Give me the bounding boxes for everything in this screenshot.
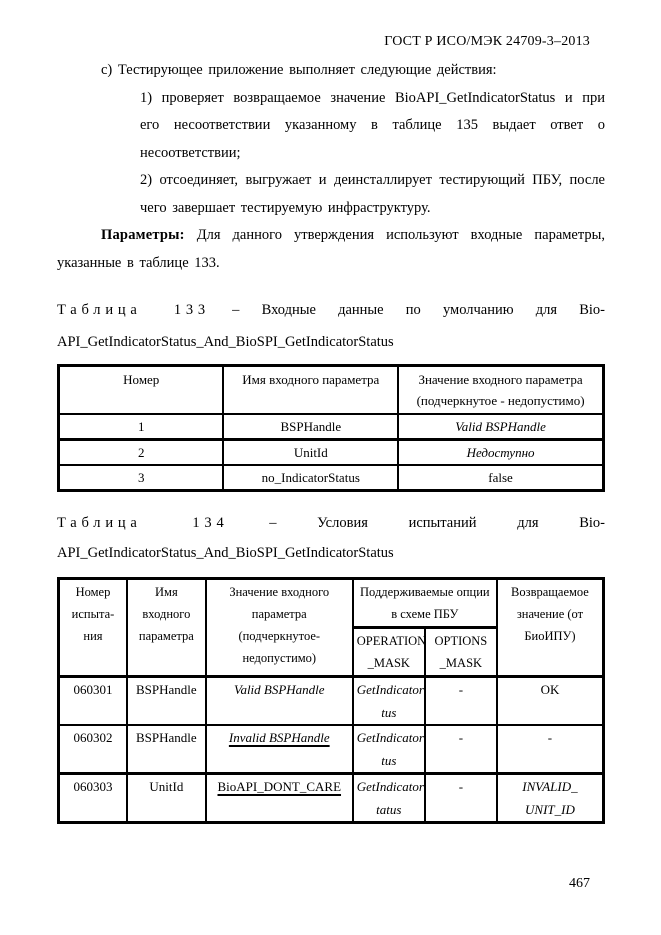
cell-param-value: false [398,465,603,491]
cell-return-value: - [497,725,604,774]
table134-caption: Таблица 134 – Условия испытаний для Bio-… [57,508,605,568]
header-cell-options-mask: OPTIONS​_MASK [425,628,497,677]
header-cell-param-value: Значение входного параметра (подчеркнуто… [398,366,603,415]
table134-caption-label: Таблица 134 [57,515,228,531]
table133-caption: Таблица 133 – Входные данные по умолчани… [57,294,605,358]
cell-test-number: 060301 [59,677,127,726]
header-cell-param-name: Имя входного параметра [223,366,398,415]
cell-options-mask: - [425,677,497,726]
cell-param-name: BSPHandle [127,725,206,774]
table-header-row: Номер Имя входного параметра Значение вх… [59,366,604,415]
header-cell-param-value: Значение входного параметра (подчеркнуто… [206,579,353,677]
cell-param-value: BioAPI_DONT​_CARE [206,774,353,823]
cell-param-value: Valid BSPHandle [206,677,353,726]
cell-test-number: 060302 [59,725,127,774]
cell-test-number: 060303 [59,774,127,823]
cell-options-mask: - [425,774,497,823]
cell-operations-mask: GetIndicatorSta​tus [353,725,425,774]
cell-options-mask: - [425,725,497,774]
list-item-2: 2) отсоединяет, выгружает и деинсталлиру… [140,167,605,222]
table-134-header: Номер испыта-​ния Имя входного параметра… [59,579,604,677]
parameters-label: Параметры: [101,227,185,243]
table-row: 2 UnitId Недоступно [59,440,604,466]
document-header: ГОСТ Р ИСО/МЭК 24709-3–2013 [57,34,590,50]
cell-param-value: Invalid BSPHandle [206,725,353,774]
cell-return-value: OK [497,677,604,726]
cell-param-name: no_IndicatorStatus [223,465,398,491]
list-item-1: 1) проверяет возвращаемое значение BioAP… [140,85,605,168]
table-row: 060302 BSPHandle Invalid BSPHandle GetIn… [59,725,604,774]
document-page: ГОСТ Р ИСО/МЭК 24709-3–2013 с) Тестирующ… [0,0,661,935]
paragraph-c: с) Тестирующее приложение выполняет след… [57,57,605,85]
cell-param-name: BSPHandle [223,414,398,440]
header-cell-supported-options-group: Поддерживаемые опции в схеме ПБУ [353,579,497,628]
cell-param-name: UnitId [223,440,398,466]
paragraph-parameters: Параметры: Для данного утверждения испол… [57,222,605,277]
cell-number: 3 [59,465,224,491]
header-cell-param-name: Имя входного параметра [127,579,206,677]
table-row: 3 no_IndicatorStatus false [59,465,604,491]
table-row: 060301 BSPHandle Valid BSPHandle GetIndi… [59,677,604,726]
page-number: 467 [569,876,590,892]
cell-param-value: Valid BSPHandle [398,414,603,440]
table-row: 060303 UnitId BioAPI_DONT​_CARE GetIndic… [59,774,604,823]
cell-operations-mask: GetIndicatorS-​tatus [353,774,425,823]
table-header-row: Номер испыта-​ния Имя входного параметра… [59,579,604,628]
header-cell-return-value: Возвращаемое значение (от БиоИПУ) [497,579,604,677]
cell-number: 2 [59,440,224,466]
table133-caption-label: Таблица 133 [57,302,210,318]
table-133-header: Номер Имя входного параметра Значение вх… [59,366,604,415]
page-content: с) Тестирующее приложение выполняет след… [57,57,605,824]
header-cell-operations-mask: OPERATIONS​_MASK [353,628,425,677]
cell-param-name: BSPHandle [127,677,206,726]
cell-param-value: Недоступно [398,440,603,466]
table-row: 1 BSPHandle Valid BSPHandle [59,414,604,440]
cell-number: 1 [59,414,224,440]
table-134-body: 060301 BSPHandle Valid BSPHandle GetIndi… [59,677,604,823]
table-133-body: 1 BSPHandle Valid BSPHandle 2 UnitId Нед… [59,414,604,491]
table-133: Номер Имя входного параметра Значение вх… [57,364,605,492]
header-cell-number: Номер [59,366,224,415]
table-134: Номер испыта-​ния Имя входного параметра… [57,577,605,824]
cell-operations-mask: GetIndicatorSta​tus [353,677,425,726]
header-cell-test-number: Номер испыта-​ния [59,579,127,677]
cell-return-value: INVALID_​UNIT_ID [497,774,604,823]
cell-param-name: UnitId [127,774,206,823]
